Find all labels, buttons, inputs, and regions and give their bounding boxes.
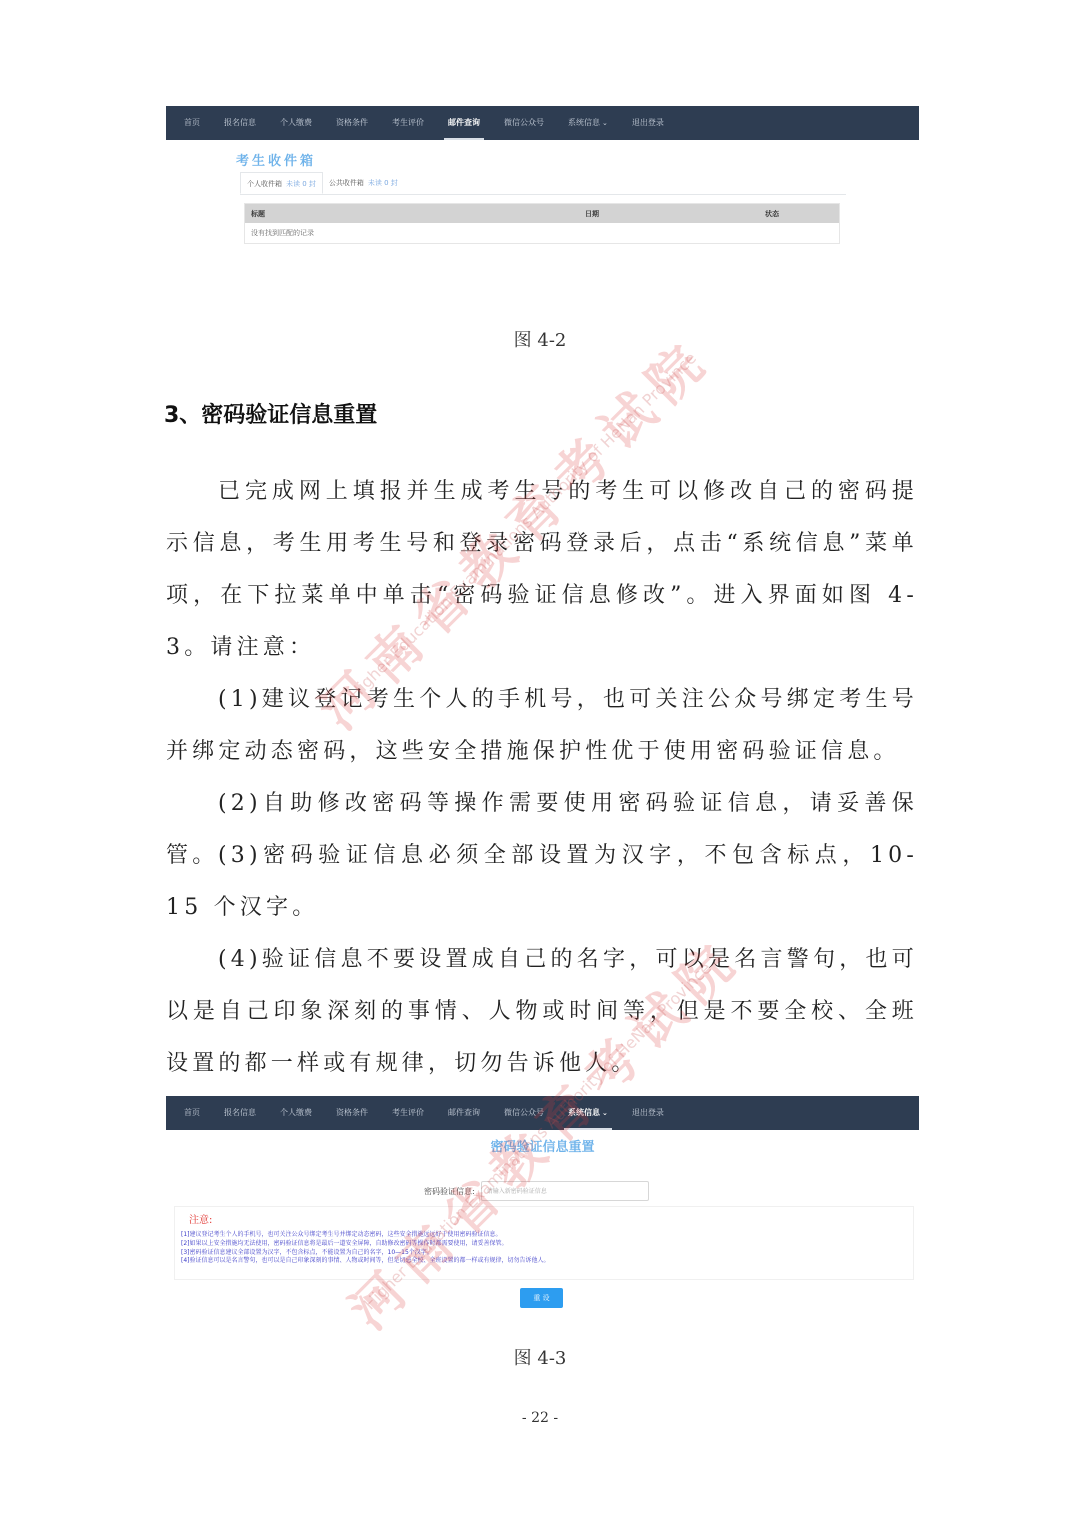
nav-personal-payment[interactable]: 个人缴费 <box>280 106 312 140</box>
nav-personal-payment[interactable]: 个人缴费 <box>280 1096 312 1130</box>
intro-paragraph: 已完成网上填报并生成考生号的考生可以修改自己的密码提示信息，考生用考生号和登录密… <box>166 466 918 674</box>
page-number: - 22 - <box>0 1410 1080 1426</box>
nav-mail-query[interactable]: 邮件查询 <box>448 106 480 140</box>
notice-title: 注意: <box>189 1211 212 1226</box>
tab-label: 个人收件箱 <box>247 180 282 188</box>
nav-wechat[interactable]: 微信公众号 <box>504 106 544 140</box>
nav-logout[interactable]: 退出登录 <box>632 1096 664 1130</box>
unread-count: 未读 0 封 <box>368 179 398 187</box>
nav-system-info-label: 系统信息 <box>568 118 600 127</box>
nav-logout[interactable]: 退出登录 <box>632 106 664 140</box>
notice-box: 注意: [1]建议登记考生个人的手机号，也可关注公众号绑定考生号并绑定动态密码，… <box>174 1206 914 1280</box>
column-header-title[interactable]: 标题 <box>251 209 265 219</box>
nav-evaluation[interactable]: 考生评价 <box>392 1096 424 1130</box>
nav-system-info[interactable]: 系统信息⌄ <box>568 1096 608 1130</box>
tab-public-inbox[interactable]: 公共收件箱未读 0 封 <box>323 172 404 194</box>
top-navbar: 首页 报名信息 个人缴费 资格条件 考生评价 邮件查询 微信公众号 系统信息⌄ … <box>166 1096 919 1130</box>
form-row: 密码验证信息: 请输入新密码验证信息 <box>424 1181 649 1201</box>
note-item-3: (3)密码验证信息必须全部设置为汉字，不包含标点，10-15 个汉字。 <box>166 830 918 934</box>
nav-system-info-label: 系统信息 <box>568 1108 600 1117</box>
top-navbar: 首页 报名信息 个人缴费 资格条件 考生评价 邮件查询 微信公众号 系统信息⌄ … <box>166 106 919 140</box>
inbox-tabs: 个人收件箱未读 0 封 公共收件箱未读 0 封 <box>240 172 846 195</box>
nav-evaluation[interactable]: 考生评价 <box>392 106 424 140</box>
note-item-1: (1)建议登记考生个人的手机号，也可关注公众号绑定考生号并绑定动态密码，这些安全… <box>166 674 918 778</box>
nav-registration-info[interactable]: 报名信息 <box>224 1096 256 1130</box>
figure-4-3-screenshot: 首页 报名信息 个人缴费 资格条件 考生评价 邮件查询 微信公众号 系统信息⌄ … <box>166 1096 919 1318</box>
notice-line: [1]建议登记考生个人的手机号，也可关注公众号绑定考生号并绑定动态密码，这些安全… <box>181 1231 550 1240</box>
tab-label: 公共收件箱 <box>329 179 364 187</box>
nav-system-info[interactable]: 系统信息⌄ <box>568 106 608 140</box>
nav-registration-info[interactable]: 报名信息 <box>224 106 256 140</box>
notice-lines: [1]建议登记考生个人的手机号，也可关注公众号绑定考生号并绑定动态密码，这些安全… <box>181 1231 550 1266</box>
column-header-status[interactable]: 状态 <box>765 209 779 219</box>
notice-line: [4]验证信息可以是名言警句，也可以是自己印象深刻的事情、人物或时间等，但是切忌… <box>181 1257 550 1266</box>
note-item-4: (4)验证信息不要设置成自己的名字，可以是名言警句，也可以是自己印象深刻的事情、… <box>166 934 918 1090</box>
verification-info-input[interactable]: 请输入新密码验证信息 <box>481 1181 649 1201</box>
figure-4-2-screenshot: 首页 报名信息 个人缴费 资格条件 考生评价 邮件查询 微信公众号 系统信息⌄ … <box>166 106 919 310</box>
chevron-down-icon: ⌄ <box>602 1109 608 1117</box>
column-header-date[interactable]: 日期 <box>585 209 599 219</box>
section-heading: 3、密码验证信息重置 <box>164 398 377 429</box>
tab-personal-inbox[interactable]: 个人收件箱未读 0 封 <box>240 172 323 194</box>
table-header: 标题 日期 状态 <box>245 204 839 223</box>
chevron-down-icon: ⌄ <box>602 119 608 127</box>
nav-qualification[interactable]: 资格条件 <box>336 106 368 140</box>
inbox-title: 考生收件箱 <box>236 150 316 169</box>
notice-line: [2]如果以上安全措施均无法使用，密码验证信息将是最后一道安全屏障，自助修改密码… <box>181 1240 550 1249</box>
figure-caption: 图 4-2 <box>0 326 1080 352</box>
verification-info-label: 密码验证信息: <box>424 1186 475 1197</box>
mail-table: 标题 日期 状态 没有找到匹配的记录 <box>244 203 840 244</box>
nav-home[interactable]: 首页 <box>184 1096 200 1130</box>
nav-home[interactable]: 首页 <box>184 106 200 140</box>
nav-wechat[interactable]: 微信公众号 <box>504 1096 544 1130</box>
unread-count: 未读 0 封 <box>286 180 316 188</box>
figure-caption: 图 4-3 <box>0 1344 1080 1370</box>
reset-button[interactable]: 重 设 <box>520 1288 563 1308</box>
form-title: 密码验证信息重置 <box>166 1136 919 1155</box>
nav-qualification[interactable]: 资格条件 <box>336 1096 368 1130</box>
empty-row: 没有找到匹配的记录 <box>245 223 839 243</box>
nav-mail-query[interactable]: 邮件查询 <box>448 1096 480 1130</box>
